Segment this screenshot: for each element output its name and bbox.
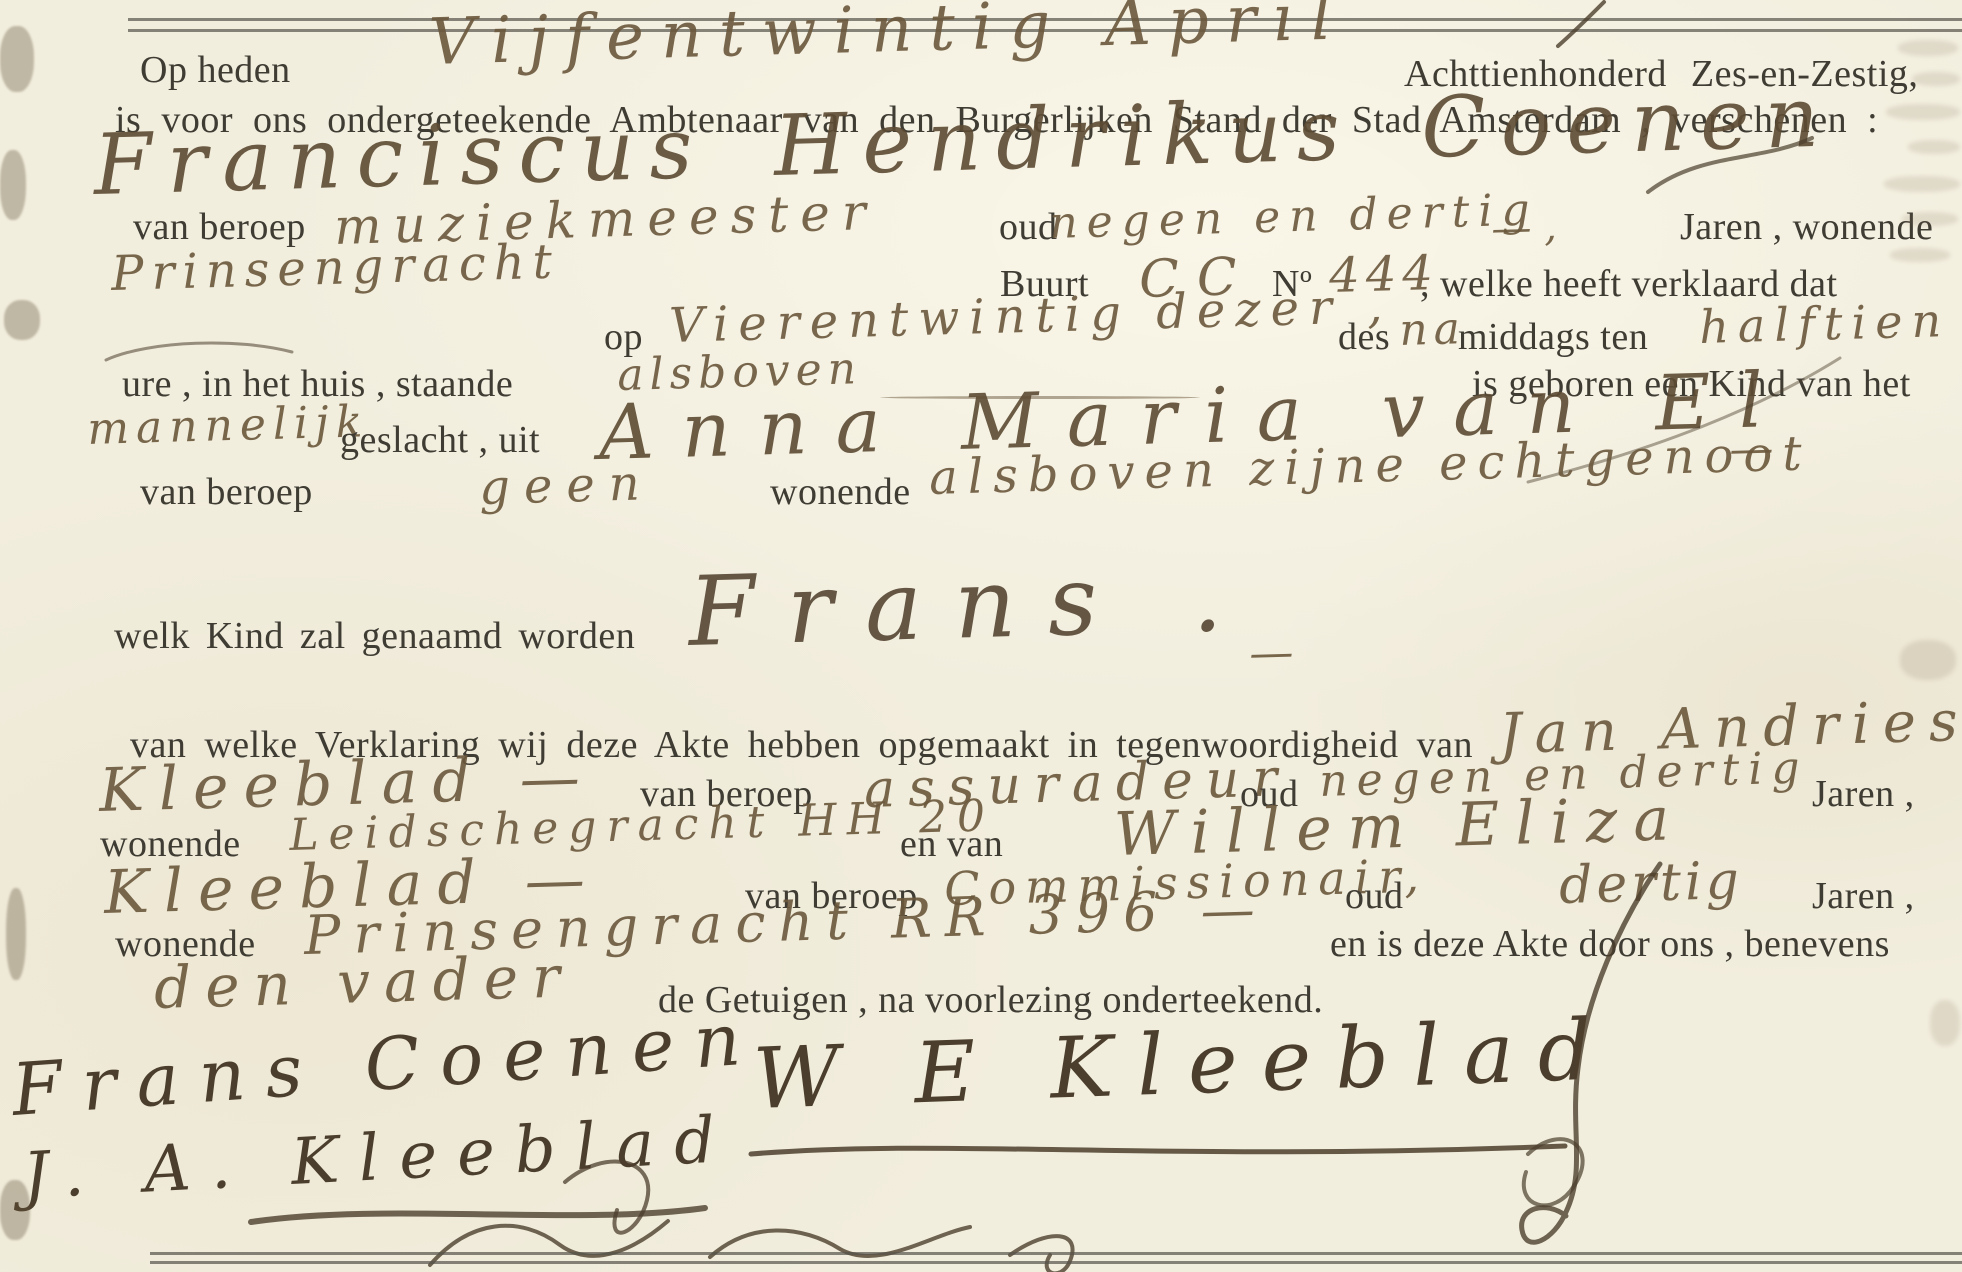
entry-date: Vijfentwintig April [428,0,1349,80]
label-geslacht-uit: geslacht , uit [340,418,540,462]
bleedthrough-mark [0,1180,30,1240]
entry-declarant-name: Franciscus Hendrikus Coenen [92,67,1835,214]
entry-mother-occupation: geen [478,455,654,516]
entry-geslacht: mannelijk [87,396,370,455]
bleedthrough-mark [4,300,40,340]
signature-witness2-underline [745,1128,1575,1168]
birth-certificate-page: Op heden Vijfentwintig April Achttienhon… [0,0,1962,1272]
bleedthrough-mark [1908,140,1960,154]
bottom-rule-lower [150,1261,1962,1264]
label-wonende-1: wonende [770,470,911,514]
bleedthrough-mark [1930,1000,1960,1046]
pen-stroke-top-right [1552,0,1612,50]
entry-age-dash: — , [1491,204,1558,252]
bottom-rule-upper [150,1252,1962,1255]
entry-declarant-address: Prinsengracht [110,233,560,302]
label-des: des [1338,315,1390,359]
bleedthrough-mark [1890,248,1950,262]
paraaf-flourish [1470,858,1690,1272]
entry-child-dash: — [1249,627,1294,679]
label-en-van: en van [900,822,1003,866]
bleedthrough-mark [1886,104,1960,120]
bleedthrough-mark [1902,212,1958,226]
bleedthrough-mark [1912,72,1960,86]
entry-declarant-age: negen en dertig [1049,184,1540,249]
bleedthrough-mark [0,26,34,92]
bleedthrough-mark [6,888,26,980]
label-op-heden: Op heden [140,48,291,92]
label-jaren-1: Jaren , [1812,772,1915,816]
bleedthrough-mark [0,150,26,220]
bleedthrough-mark [1884,176,1960,192]
label-jaren-2: Jaren , [1812,874,1915,918]
label-jaren-wonende: Jaren , wonende [1680,205,1933,249]
label-oud-3: oud [1345,874,1404,918]
name-flourish [1640,130,1820,210]
bleedthrough-mark [1898,40,1958,56]
bleedthrough-mark [1900,640,1956,680]
entry-birth-day: Vierentwintig dezer , [668,278,1393,354]
label-kind-genaamd: welk Kind zal genaamd worden [114,614,635,658]
entry-birth-hour: halftien [1698,293,1950,354]
entry-child-name: Frans . [687,540,1256,668]
label-van-beroep-2: van beroep [140,470,313,514]
entry-daypart: na [1399,303,1467,356]
entry-den-vader: den vader [153,942,575,1022]
